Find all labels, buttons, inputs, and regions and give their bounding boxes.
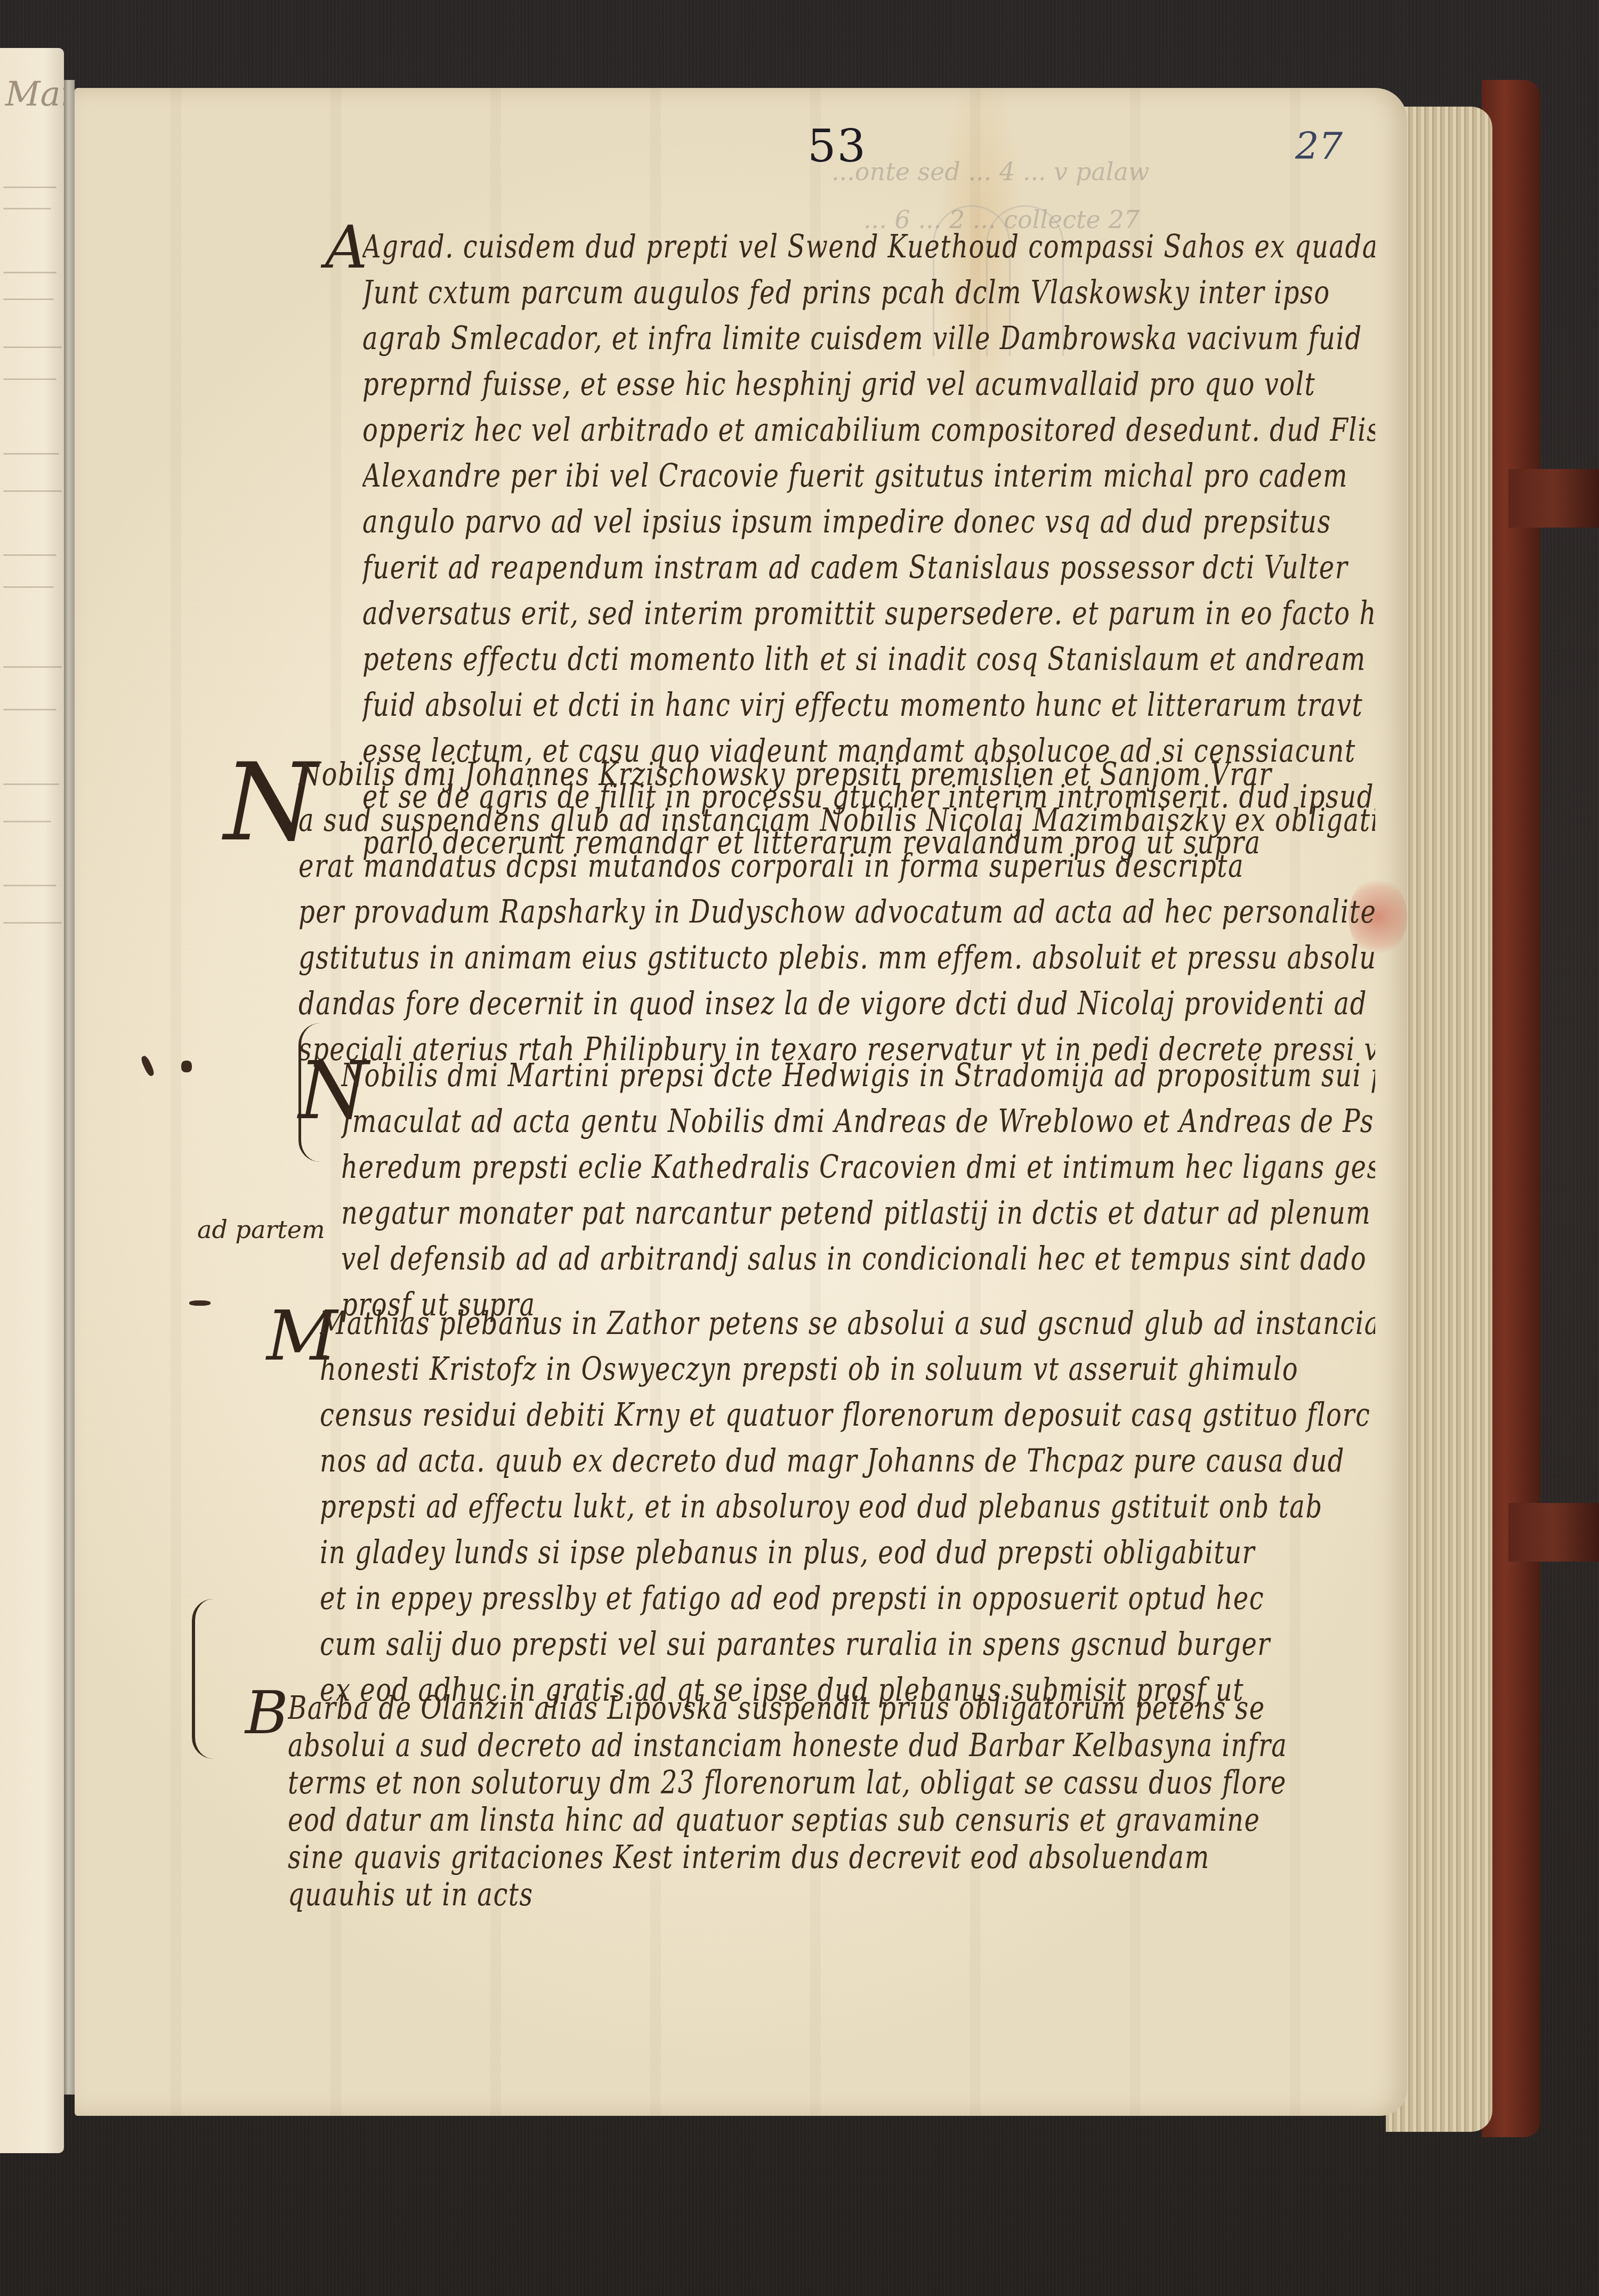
entry-paragraph: Nobilis dmj Johannes Krzischowsky prepsi…	[298, 751, 1375, 1072]
text-line: quauhis ut in acts	[288, 1871, 1364, 1918]
clasp-strap-bottom	[1508, 1503, 1599, 1562]
left-page-initial: Man	[5, 75, 64, 114]
entry-paragraph: Nobilis dmi Martini prepsi dcte Hedwigis…	[341, 1053, 1375, 1328]
margin-mark	[181, 1061, 192, 1072]
alt-folio-number: 27	[1295, 124, 1343, 168]
left-facing-page: Man	[0, 48, 64, 2153]
page-gutter	[64, 80, 75, 2095]
bleed-through-text: ...onte sed ... 4 ... v palaw	[831, 157, 1149, 186]
entry-initial: B	[245, 1679, 288, 1747]
margin-note: ad partem	[197, 1215, 325, 1244]
margin-mark	[189, 1300, 211, 1306]
clasp-strap-top	[1508, 469, 1599, 528]
entry-initial-flourish	[192, 1599, 238, 1759]
entry-paragraph: Barba de Olanzin alias Lipovska suspendi…	[288, 1689, 1364, 1913]
entry-paragraph: Mathias plebanus in Zathor petens se abs…	[320, 1300, 1375, 1713]
entry-initial: A	[325, 213, 367, 281]
folio-number: 53	[807, 120, 867, 172]
